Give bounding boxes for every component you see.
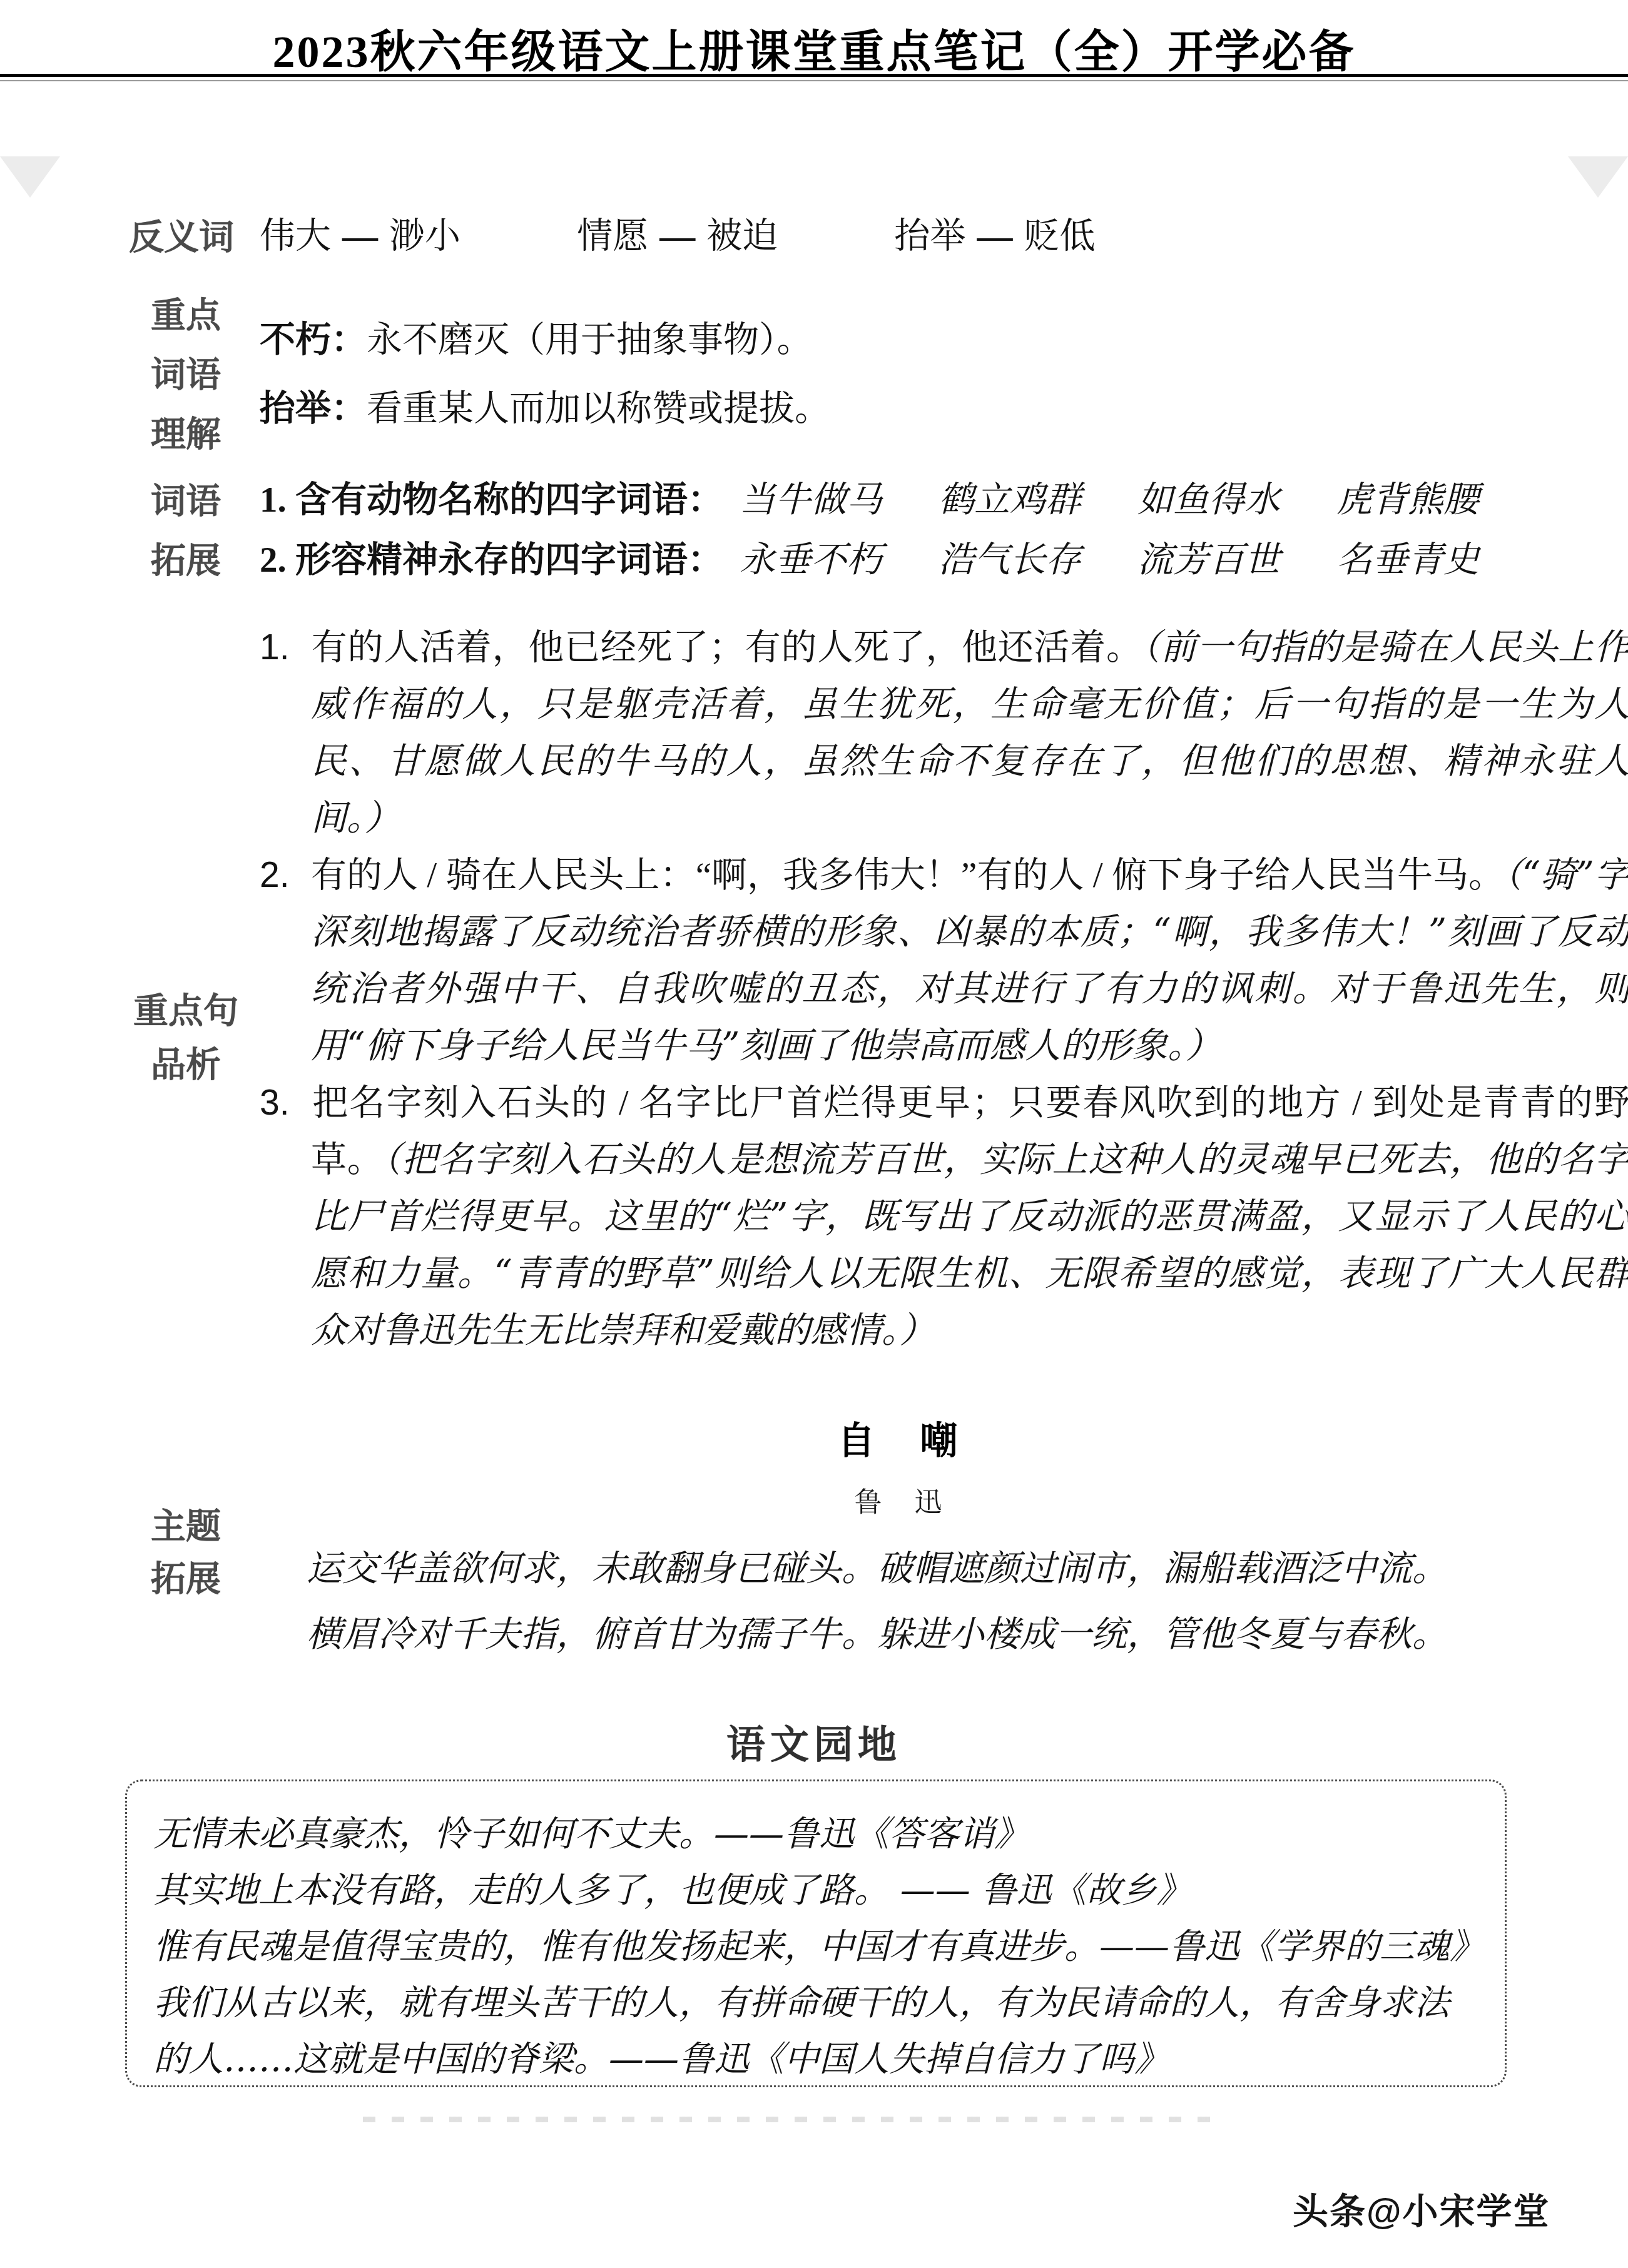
expansion-head: 2. 形容精神永存的四字词语： [260,540,723,580]
quote-line: 其实地上本没有路，走的人多了，也便成了路。 —— 鲁迅《故乡》 [153,1863,1478,1919]
expansion-line: 2. 形容精神永存的四字词语：永垂不朽浩气长存流芳百世名垂青史 [260,531,1479,582]
section-label-key-words: 重点 词语 理解 [129,285,243,463]
sentence-analysis-list: 1.有的人活着，他已经死了；有的人死了，他还活着。（前一句指的是骑在人民头上作威… [260,619,1628,1359]
section-label-word-expansion: 词语 拓展 [129,471,243,590]
antonym-pair: 抬举—贬低 [895,216,1096,256]
definition-text: 看重某人而加以称赞或提拔。 [367,389,830,428]
definition-line: 不朽：永不磨灭（用于抽象事物）。 [260,311,813,362]
sentence-text: 有的人活着，他已经死了；有的人死了，他还活着。 [311,628,1142,667]
sentence-analysis-item: 1.有的人活着，他已经死了；有的人死了，他还活着。（前一句指的是骑在人民头上作威… [260,619,1628,847]
antonym-pair: 情愿—被迫 [577,216,778,256]
poem-line: 运交华盖欲何求，未敢翻身已碰头。破帽遮颜过闹市，漏船载酒泛中流。 [307,1540,1448,1591]
cropped-text-remnant [363,2117,1220,2122]
section-label-key-sentences: 重点句 品析 [129,984,243,1091]
analysis-text: （把名字刻入石头的人是想流芳百世，实际上这种人的灵魂早已死去，他的名字比尸首烂得… [311,1139,1628,1351]
garden-section-title: 语文园地 [0,1714,1628,1769]
poem-title: 自 嘲 [260,1411,1539,1465]
sentence-analysis-item: 2.有的人 / 骑在人民头上：“啊，我多伟大！”有的人 / 俯下身子给人民当牛马… [260,847,1628,1075]
footer-watermark: 头条@小宋学堂 [1293,2183,1550,2234]
expansion-head: 1. 含有动物名称的四字词语： [260,480,723,520]
poem-line: 横眉冷对千夫指，俯首甘为孺子牛。躲进小楼成一统，管他冬夏与春秋。 [307,1606,1448,1657]
document-page: 2023秋六年级语文上册课堂重点笔记（全）开学必备 反义词 伟大—渺小 情愿—被… [0,0,1628,2268]
quote-line: 惟有民魂是值得宝贵的，惟有他发扬起来，中国才有真进步。——鲁迅《学界的三魂》 [153,1919,1478,1975]
page-title: 2023秋六年级语文上册课堂重点笔记（全）开学必备 [0,15,1628,80]
sentence-text: 有的人 / 骑在人民头上：“啊，我多伟大！”有的人 / 俯下身子给人民当牛马。 [311,856,1504,895]
definition-term: 抬举： [260,389,367,428]
header-divider [0,74,1628,77]
corner-watermark-left [0,156,60,198]
dash-separator: — [977,216,1013,256]
definition-text: 永不磨灭（用于抽象事物）。 [367,320,813,360]
section-label-theme: 主题 拓展 [129,1500,243,1605]
corner-watermark-right [1568,156,1628,198]
item-number: 1. [260,619,311,676]
antonym-pairs-row: 伟大—渺小 情愿—被迫 抬举—贬低 [260,207,1096,258]
antonym-pair: 伟大—渺小 [260,216,460,256]
expansion-line: 1. 含有动物名称的四字词语：当牛做马鹤立鸡群如鱼得水虎背熊腰 [260,471,1479,522]
quotes-box: 无情未必真豪杰，怜子如何不丈夫。——鲁迅《答客诮》 其实地上本没有路，走的人多了… [125,1779,1507,2087]
sentence-analysis-item: 3.把名字刻入石头的 / 名字比尸首烂得更早；只要春风吹到的地方 / 到处是青青… [260,1075,1628,1359]
dash-separator: — [659,216,695,256]
definition-term: 不朽： [260,320,367,360]
item-number: 3. [260,1075,311,1131]
dash-separator: — [342,216,378,256]
poem-author: 鲁 迅 [260,1480,1539,1520]
section-label-antonyms: 反义词 [129,207,234,266]
quote-line: 无情未必真豪杰，怜子如何不丈夫。——鲁迅《答客诮》 [153,1806,1478,1863]
item-number: 2. [260,847,311,904]
header-divider-shadow [0,80,1628,81]
definition-line: 抬举：看重某人而加以称赞或提拔。 [260,380,830,431]
quote-line: 我们从古以来，就有埋头苦干的人，有拼命硬干的人，有为民请命的人，有舍身求法的人…… [153,1975,1478,2088]
